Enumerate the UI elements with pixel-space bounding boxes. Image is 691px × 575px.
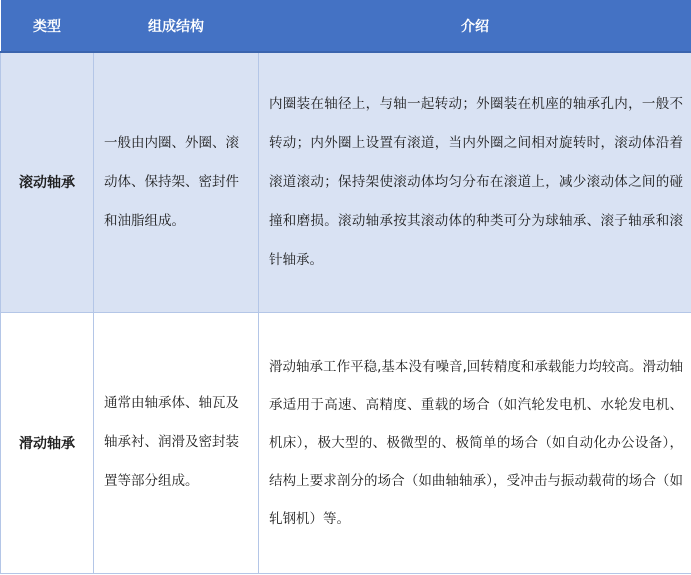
cell-intro: 滑动轴承工作平稳,基本没有噪音,回转精度和承载能力均较高。滑动轴承适用于高速、高… xyxy=(259,312,691,573)
table-row: 滑动轴承 通常由轴承体、轴瓦及轴承衬、润滑及密封装置等部分组成。 滑动轴承工作平… xyxy=(1,312,691,573)
header-structure: 组成结构 xyxy=(94,0,259,52)
cell-type: 滚动轴承 xyxy=(1,52,94,312)
cell-structure: 一般由内圈、外圈、滚动体、保持架、密封件和油脂组成。 xyxy=(94,52,259,312)
cell-intro: 内圈装在轴径上，与轴一起转动；外圈装在机座的轴承孔内，一般不转动；内外圈上设置有… xyxy=(259,52,691,312)
cell-type: 滑动轴承 xyxy=(1,312,94,573)
cell-structure: 通常由轴承体、轴瓦及轴承衬、润滑及密封装置等部分组成。 xyxy=(94,312,259,573)
header-type: 类型 xyxy=(1,0,94,52)
table-row: 滚动轴承 一般由内圈、外圈、滚动体、保持架、密封件和油脂组成。 内圈装在轴径上，… xyxy=(1,52,691,312)
bearing-comparison-table: 类型 组成结构 介绍 滚动轴承 一般由内圈、外圈、滚动体、保持架、密封件和油脂组… xyxy=(0,0,691,574)
table-header-row: 类型 组成结构 介绍 xyxy=(1,0,691,52)
header-intro: 介绍 xyxy=(259,0,691,52)
